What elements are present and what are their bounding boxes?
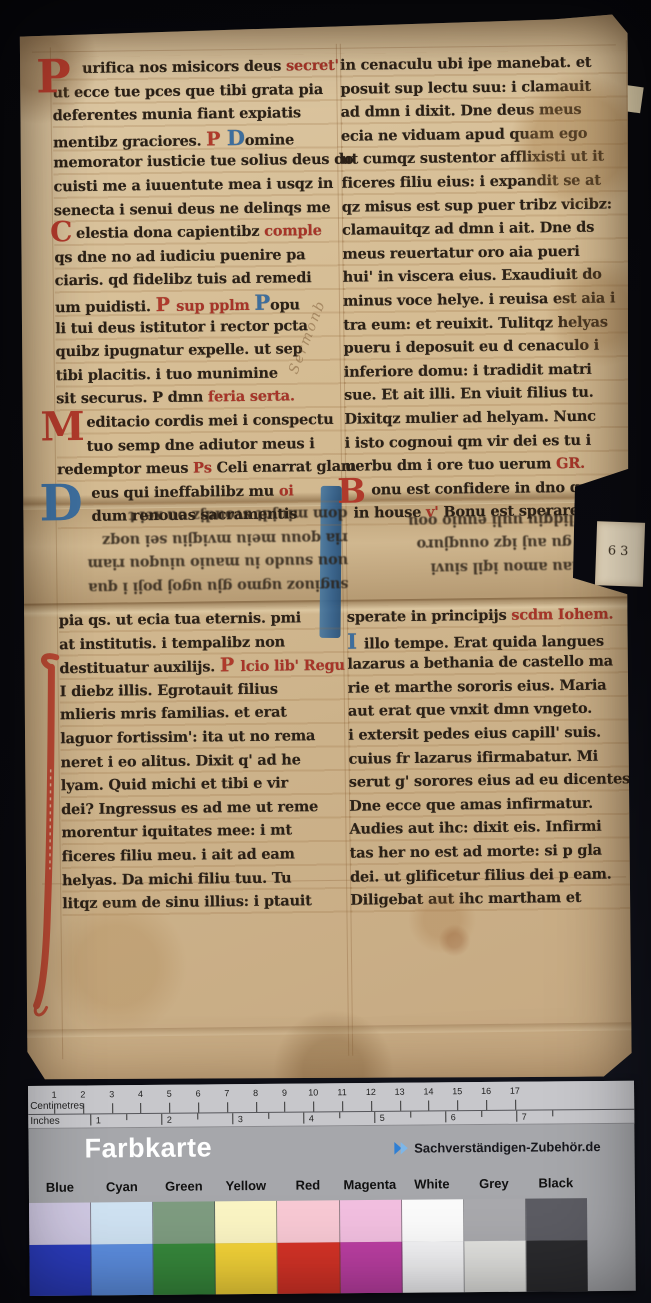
ink-text: mentibz graciores. [53,132,206,151]
ruler-cm-tick [227,1102,228,1112]
manuscript-text-line: litqz eum de sinu illius: i ptauit [62,889,352,916]
rubric-text: scdm Iohem. [511,606,613,624]
ink-text: rie et marthe sororis eius. Maria [348,676,607,696]
manuscript-text-line: ficeres filiu eius: i expandit se at [341,168,631,195]
text-column-right-upper: in cenaculu ubi ipe manebat. etposuit su… [340,50,636,526]
ink-text: serut g' sorores eius ad eu dicentes [349,770,630,790]
ink-text: hui' in viscera eius. Exaudiuit do [343,266,602,286]
ink-text: laguor fortissim': ita ut no rema [60,727,315,747]
swatch-red-pale [277,1200,339,1243]
rubric-text: sup pplm [176,297,254,315]
ink-text: ut cumqz sustentor afflixisti ut it [341,148,604,168]
ruler-inch-half-tick [126,1114,127,1120]
ink-text: Celi enarrat glam [217,458,357,477]
parchment-tab: 63 [595,521,645,587]
manuscript-text-line: destituatur auxilijs. P lcio lib' Regu [59,653,349,680]
ruler-cm-tick [169,1103,170,1113]
ink-text: illo tempe. Erat quida langues [364,632,604,652]
ink-text: sue. Et ait illi. En viuit filius tu. [344,384,594,404]
text-column-left-lower: pia qs. ut ecia tua eternis. pmiat insti… [59,606,353,918]
ink-text: in cenaculu ubi ipe manebat. et [340,54,591,74]
swatch-green-pale [153,1201,215,1244]
ink-text: tas her no est ad morte: si p gla [350,842,602,862]
swatch-green-solid [154,1243,217,1295]
ink-text: eus qui ineffabilibz mu [91,482,279,501]
ruler-cm-number: 6 [196,1088,201,1098]
ruler: Centimetres Inches 123456789101112131415… [28,1081,634,1129]
drop-cap-initial-P: P [36,53,71,99]
manuscript-text-line: i isto cognoui qm vir dei es tu i [345,428,635,455]
swatch-cyan-solid [91,1244,154,1296]
ruler-inch-half-tick [268,1113,269,1119]
manuscript-text-line: ecia ne viduam apud quam ego [341,121,631,148]
manuscript-text-line: laguor fortissim': ita ut no rema [60,724,350,751]
fold-flipped-text-left: sugiuoz ugmo gju ugoj poji i quauou suud… [57,502,348,600]
manuscript-text-line: inferiore domu: i tradidit matri [344,357,634,384]
swatch-label-blue: Blue [29,1179,91,1195]
ruler-inch-number: 4 [309,1114,314,1124]
ruler-inch-half-tick [339,1112,340,1118]
ink-text: Dixitqz mulier ad helyam. Nunc [344,408,596,428]
double-chevron-icon [392,1141,410,1156]
manuscript-text-line: uerbu dm i ore tuo uerum GR. [345,451,635,478]
manuscript-text-line: hui' in viscera eius. Exaudiuit do [343,263,633,290]
ink-text: qs dne no ad iudiciu puenire pa [54,246,305,266]
manuscript-text-line: ficeres filiu meu. i ait ad eam [62,842,352,869]
ink-text: i extersit pedes eius capill' suis. [348,724,601,744]
drop-cap-initial-C: C [50,218,73,246]
drop-cap-initial-D: D [39,478,83,529]
manuscript-text-line: deferentes munia fiant expiatis [53,101,343,128]
swatch-label-yellow: Yellow [215,1178,277,1194]
ruler-inch-tick [374,1112,375,1123]
ruler-cm-number: 10 [308,1087,318,1097]
ink-text: Audies aut ihc: dixit eis. Infirmi [349,818,601,838]
text-column-right-lower: sperate in principijs scdm Iohem.I illo … [347,602,641,914]
ruler-inch-number: 7 [522,1112,527,1122]
manuscript-text-line: tra eum: et reuixit. Tulitqz helyas [343,310,633,337]
ink-text: meus reuertatur oro aia pueri [342,243,579,263]
fold-flipped-line: ipm aiaiau amou iqil siuvi [346,553,636,580]
ink-text: uerbu dm i ore tuo uerum [345,455,556,475]
manuscript-text-line: at institutis. i tempalibz non [59,629,349,656]
manuscript-text-line: lyam. Quid michi et tibi e vir [61,771,351,798]
ruler-cm-tick [313,1102,314,1112]
ink-text: at institutis. i tempalibz non [59,633,285,653]
manuscript-text-line: morentur iquitates mee: i mt [61,818,351,845]
ink-text: senecta i senui deus ne delinqs me [54,198,331,218]
ruler-inch-number: 1 [96,1115,101,1125]
ink-text: ficeres filiu meu. i ait ad eam [62,845,295,865]
manuscript-text-line: ut cumqz sustentor afflixisti ut it [341,145,631,172]
manuscript-text-line: i extersit pedes eius capill' suis. [348,720,638,747]
manuscript-text-line: meus reuertatur oro aia pueri [342,239,632,266]
ink-text: dei. ut glificetur filius dei p eam. [350,865,612,885]
manuscript-text-line: pueru i deposuit eu d cenaculo i [343,333,633,360]
swatch-cyan-pale [91,1202,153,1245]
manuscript-text-line: neret i eo alitus. Dixit q' ad he [60,747,350,774]
swatch-label-magenta: Magenta [339,1177,401,1193]
ink-text: quibz ipugnatur expelle. ut sep [55,340,302,360]
brand: Sachverständigen-Zubehör.de [392,1139,600,1156]
ruler-cm-number: 9 [282,1088,287,1098]
manuscript-page: urifica nos misicors deus secret'ut ecce… [14,14,641,1083]
ink-text: minus voce helye. i reuisa est aia i [343,289,615,309]
manuscript-text-line: redemptor meus Ps Celi enarrat glam [57,455,347,482]
fold-flipped-line: sb euualidqiu uuli euuio oou [346,506,636,533]
ruler-cm-number: 5 [167,1089,172,1099]
swatch-label-red: Red [277,1177,339,1193]
brand-text: Sachverständigen-Zubehör.de [414,1139,600,1156]
rubric-text: feria serta. [208,388,295,406]
manuscript-text-line: urifica nos misicors deus secret' [52,54,342,81]
ink-text: deferentes munia fiant expiatis [53,104,301,124]
ruler-cm-tick [112,1103,113,1113]
rubric-text: GR. [556,455,585,472]
ink-text: cuius fr lazarus ifirmabatur. Mi [348,747,598,767]
ink-text: pia qs. ut ecia tua eternis. pmi [59,609,301,629]
ruler-cm-number: 2 [80,1089,85,1099]
ruler-inch-label: Inches [30,1116,60,1127]
ruler-cm-number: 4 [138,1089,143,1099]
manuscript-text-line: Diligebat aut ihc martham et [350,885,640,912]
color-calibration-card: Centimetres Inches 123456789101112131415… [28,1081,636,1296]
manuscript-text-line: I illo tempe. Erat quida langues [347,626,637,653]
swatch-label-white: White [401,1176,463,1192]
swatch-black-solid [526,1240,588,1292]
ruler-inch-tick [161,1114,162,1125]
ruler-cm-tick [83,1104,84,1114]
ink-text: aut erat que vnxit dmn vngeto. [348,700,592,720]
ink-text: Diligebat aut ihc martham et [350,889,581,909]
ruler-inch-tick [303,1113,304,1124]
ink-text: inferiore domu: i tradidit matri [344,360,592,380]
swatch-label-black: Black [525,1175,587,1191]
ruler-cm-tick [285,1102,286,1112]
ink-text: lazarus a bethania de castello ma [347,653,613,673]
ink-text: clamauitqz ad dmn i ait. Dne ds [342,219,594,239]
ruler-inch-half-tick [552,1110,553,1116]
ink-text: opu [270,296,300,313]
ruler-cm-number: 11 [337,1087,346,1097]
ink-text: i isto cognoui qm vir dei es tu i [345,431,592,451]
rubric-text: comple [264,222,322,240]
manuscript-text-line: um puidisti. P sup pplm Popu [55,290,345,317]
swatch-labels-row: BlueCyanGreenYellowRedMagentaWhiteGreyBl… [29,1175,587,1195]
swatch-grey-pale [464,1199,526,1242]
blue-ink-text: D [227,125,245,150]
ink-text: onu est confidere in dno qm cofide [371,478,648,498]
manuscript-text-line: lazarus a bethania de castello ma [347,649,637,676]
manuscript-text-line: I diebz illis. Egrotauit filius [60,677,350,704]
ink-text: P [220,654,241,676]
ruler-cm-number: 8 [253,1088,258,1098]
photograph-scene: 63 urifica nos misicors deus secret'ut e… [0,0,651,1303]
manuscript-text-line: dei. ut glificetur filius dei p eam. [350,862,640,889]
text-column-left-upper: urifica nos misicors deus secret'ut ecce… [52,54,348,530]
swatch-label-grey: Grey [463,1176,525,1192]
ruler-inch-tick [90,1114,91,1125]
manuscript-text-line: cuisti me a iuuentute mea i usqz in [53,172,343,199]
manuscript-text-line: minus voce helye. i reuisa est aia i [343,286,633,313]
manuscript-text-line: qz misus est sup puer tribz vicibz: [342,192,632,219]
fold-flipped-line: sugiuoz ugmo gju ugoj poji i qua [58,573,348,600]
manuscript-text-line: Dne ecce que amas infirmatur. [349,791,639,818]
rubric-text: Ps [193,459,217,476]
manuscript-text-line: serut g' sorores eius ad eu dicentes [349,767,639,794]
rubric-text: secret' [286,57,339,75]
manuscript-text-line: ciaris. qd fidelibz tuis ad remedi [55,266,345,293]
ink-text: ciaris. qd fidelibz tuis ad remedi [55,270,312,290]
ruler-baseline [28,1109,634,1115]
ruler-cm-tick [198,1103,199,1113]
ink-text: P [206,128,227,150]
ruler-cm-tick [342,1101,343,1111]
swatch-yellow-pale [215,1201,277,1244]
ink-text: urifica nos misicors deus [82,57,286,76]
ink-text: mlieris mris familias. et erat [60,704,287,724]
manuscript-text-line: aut erat que vnxit dmn vngeto. [348,697,638,724]
swatch-grey-solid [464,1241,527,1293]
ruler-cm-number: 1 [52,1090,57,1100]
manuscript-text-line: cuius fr lazarus ifirmabatur. Mi [348,744,638,771]
ruler-cm-tick [515,1100,516,1110]
swatch-red-solid [278,1242,341,1294]
blue-ink-text: P [254,290,270,315]
swatch-blue-pale [29,1202,91,1245]
fold-flipped-line: dom miujdt svoudjz ou xei t [57,502,347,529]
ink-text: Dne ecce que amas infirmatur. [349,795,593,815]
ruler-cm-label: Centimetres [30,1101,84,1112]
ruler-cm-number: 3 [109,1089,114,1099]
fold-flipped-text-right: ipm aiaiau amou iqil siuviqo omij gu auj… [346,506,637,580]
parchment-tab-mark: 63 [608,544,633,560]
ink-text: dei? Ingressus es ad me ut reme [61,798,318,818]
manuscript-text-line: onu est confidere in dno qm cofide [345,475,635,502]
manuscript-text-line: posuit sup lectu suu: i clamauit [340,74,630,101]
manuscript-text-line: Dixitqz mulier ad helyam. Nunc [344,404,634,431]
ruler-cm-number: 14 [423,1086,433,1096]
swatch-blue-solid [29,1244,92,1296]
card-title: Farbkarte [84,1132,212,1164]
ink-text: ut ecce tue pces que tibi grata pia [52,81,323,101]
ruler-inch-half-tick [410,1112,411,1118]
ink-text: helyas. Da michi filiu tuu. Tu [62,869,292,889]
manuscript-text-line: sue. Et ait illi. En viuit filius tu. [344,381,634,408]
manuscript-text-line: qs dne no ad iudiciu puenire pa [54,243,344,270]
ruler-cm-number: 7 [224,1088,229,1098]
manuscript-text-line: senecta i senui deus ne delinqs me [54,195,344,222]
ink-text: P [156,294,177,316]
ink-text: li tui deus istitutor i rector pcta [55,317,308,337]
ink-text: cuisti me a iuuentute mea i usqz in [53,175,333,195]
manuscript-text-line: in cenaculu ubi ipe manebat. et [340,50,630,77]
ink-text: elestia dona capientibz [76,223,264,242]
manuscript-text-line: editacio cordis mei i conspectu [56,408,346,435]
ruler-cm-number: 12 [366,1087,376,1097]
ink-text: omine [245,131,295,149]
ink-text: morentur iquitates mee: i mt [61,822,292,842]
ink-text: editacio cordis mei i conspectu [86,411,333,431]
ink-text: ecia ne viduam apud quam ego [341,125,588,145]
ruler-inch-number: 6 [451,1112,456,1122]
ink-text: litqz eum de sinu illius: i ptauit [62,892,312,912]
ruler-inch-number: 2 [167,1115,172,1125]
fold-flipped-line: qo omij gu auj iqz ouuqjuro [346,530,636,557]
ruler-cm-tick [256,1102,257,1112]
swatch-label-green: Green [153,1178,215,1194]
ruler-inch-tick [232,1113,233,1124]
manuscript-text-line: Audies aut ihc: dixit eis. Infirmi [349,815,639,842]
ruler-cm-tick [429,1100,430,1110]
manuscript-text-line: ad dmn i dixit. Dne deus meus [341,97,631,124]
manuscript-text-line: tas her no est ad morte: si p gla [350,838,640,865]
manuscript-text-line: dei? Ingressus es ad me ut reme [61,794,351,821]
manuscript-text-line: ut ecce tue pces que tibi grata pia [52,77,342,104]
ink-text: memorator iusticie tue solius deus do [53,151,354,172]
manuscript-text-line: helyas. Da michi filiu tuu. Tu [62,865,352,892]
swatch-white-solid [402,1241,465,1293]
ink-text: neret i eo alitus. Dixit q' ad he [60,751,300,771]
ruler-cm-tick [486,1100,487,1110]
ruler-cm-tick [371,1101,372,1111]
blue-ink-text: I [347,628,364,653]
manuscript-text-line: pia qs. ut ecia tua eternis. pmi [59,606,349,633]
drop-cap-initial-M: M [40,407,85,448]
fold-crease [26,1022,640,1038]
ruler-cm-tick [54,1104,55,1114]
ink-text: destituatur auxilijs. [59,659,220,678]
ruler-inch-half-tick [481,1111,482,1117]
manuscript-text-line: mentibz graciores. P Domine [53,125,343,152]
ink-text: qz misus est sup puer tribz vicibz: [342,195,612,215]
ruler-cm-number: 17 [510,1086,520,1096]
drop-cap-initial-B: B [337,474,366,508]
rubric-text: lcio lib' Regu [240,657,345,675]
manuscript-text-line: tuo semp dne adiutor meus i [57,431,347,458]
ruler-cm-tick [400,1101,401,1111]
manuscript-text-line: clamauitqz ad dmn i ait. Dne ds [342,215,632,242]
manuscript-text-line: memorator iusticie tue solius deus do [53,148,343,175]
ruler-cm-number: 13 [395,1087,405,1097]
ruler-inch-tick [516,1111,517,1122]
swatch-magenta-solid [340,1242,403,1294]
manuscript-text-line: sperate in principijs scdm Iohem. [347,602,637,629]
swatch-row-solid [29,1240,587,1296]
swatch-row-pale [29,1198,587,1245]
ruler-inch-tick [445,1111,446,1122]
ink-text: posuit sup lectu suu: i clamauit [340,77,591,97]
swatch-yellow-solid [216,1243,279,1295]
ink-text: ficeres filiu eius: i expandit se at [341,172,600,192]
manuscript-text-line: sit securus. P dmn feria serta. [56,384,346,411]
swatch-black-pale [526,1198,587,1241]
swatch-white-pale [402,1199,464,1242]
rubric-text: oi [279,482,294,499]
ruler-inch-half-tick [197,1114,198,1120]
ink-text: Egrotauit filius [157,680,278,698]
ruler-cm-number: 15 [452,1086,462,1096]
ruler-inch-number: 5 [380,1113,385,1123]
fold-flipped-line: uou suudo iu mauio uiuqou riam [58,549,348,576]
ink-text: sperate in principijs [347,607,512,626]
ink-text: tuo semp dne adiutor meus i [87,435,315,455]
ruler-cm-tick [457,1100,458,1110]
manuscript-text-line: rie et marthe sororis eius. Maria [348,673,638,700]
ruler-inch-number: 3 [238,1114,243,1124]
ruler-cm-tick [141,1103,142,1113]
ink-text: tibi placitis. i tuo munimine [56,364,278,384]
ink-text: pueru i deposuit eu d cenaculo i [343,337,599,357]
swatch-label-cyan: Cyan [91,1179,153,1195]
ink-text: lyam. Quid michi et tibi e vir [61,775,288,795]
ink-text: I diebz illis. [60,682,158,700]
ruler-cm-number: 16 [481,1086,491,1096]
manuscript-text-line: mlieris mris familias. et erat [60,700,350,727]
swatch-magenta-pale [340,1200,402,1243]
ink-text: um puidisti. [55,298,156,316]
ink-text: tra eum: et reuixit. Tulitqz helyas [343,313,608,333]
fold-flipped-line: ria qouu meiu mviqjiu sei uoqz [58,525,348,552]
ink-text: ad dmn i dixit. Dne deus meus [341,101,582,121]
manuscript-text-line: elestia dona capientibz comple [54,219,344,246]
